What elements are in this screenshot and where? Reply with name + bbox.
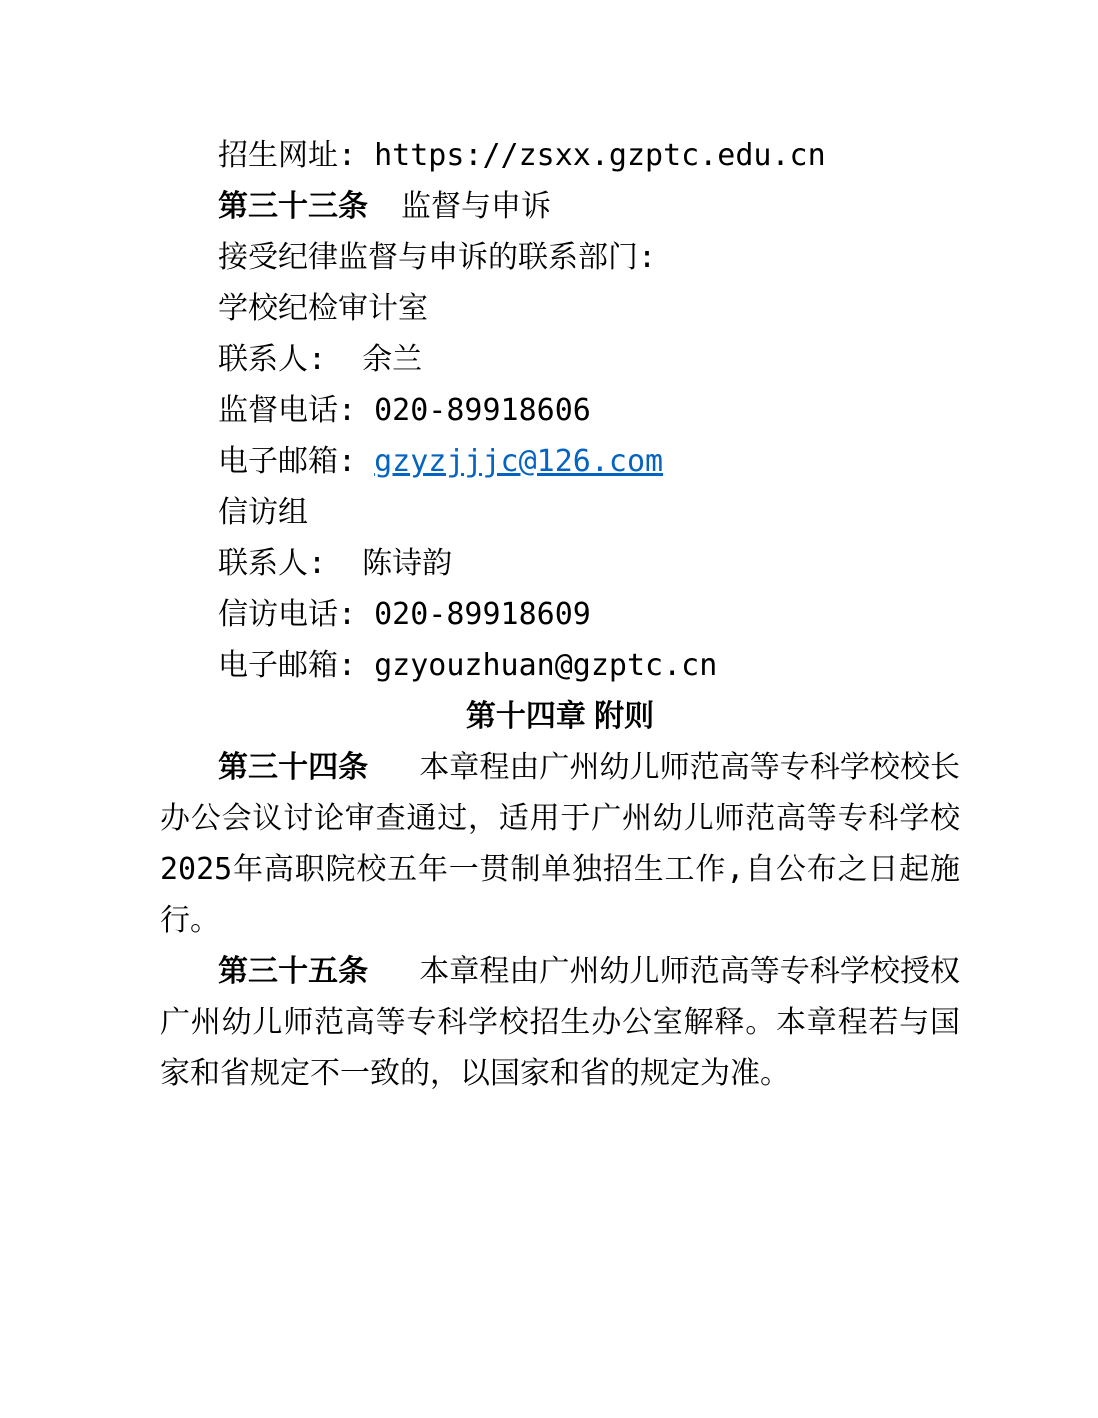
- article-35-paragraph: 第三十五条本章程由广州幼儿师范高等专科学校授权广州幼儿师范高等专科学校招生办公室…: [160, 946, 960, 1099]
- document-page: 招生网址: https://zsxx.gzptc.edu.cn 第三十三条监督与…: [0, 0, 1098, 1418]
- petition-group-name: 信访组: [160, 487, 960, 538]
- petition-group-contact-line: 联系人: 陈诗韵: [160, 538, 960, 589]
- discipline-office-email-line: 电子邮箱: gzyzjjjc@126.com: [160, 436, 960, 487]
- document-content: 招生网址: https://zsxx.gzptc.edu.cn 第三十三条监督与…: [160, 130, 960, 1099]
- chapter-14-heading: 第十四章 附则: [160, 691, 960, 742]
- discipline-office-contact-line: 联系人: 余兰: [160, 334, 960, 385]
- article-35-number: 第三十五条: [218, 954, 368, 989]
- article-34-number: 第三十四条: [218, 750, 368, 785]
- discipline-office-email-link[interactable]: gzyzjjjc@126.com: [374, 444, 663, 479]
- article-33-number: 第三十三条: [218, 189, 368, 224]
- discipline-office-phone-line: 监督电话: 020-89918606: [160, 385, 960, 436]
- petition-group-phone-line: 信访电话: 020-89918609: [160, 589, 960, 640]
- article-33-title: 监督与申诉: [401, 189, 551, 224]
- petition-group-email-line: 电子邮箱: gzyouzhuan@gzptc.cn: [160, 640, 960, 691]
- admissions-website-line: 招生网址: https://zsxx.gzptc.edu.cn: [160, 130, 960, 181]
- article-33-heading: 第三十三条监督与申诉: [160, 181, 960, 232]
- article-34-paragraph: 第三十四条本章程由广州幼儿师范高等专科学校校长办公会议讨论审查通过，适用于广州幼…: [160, 742, 960, 946]
- discipline-office-email-label: 电子邮箱:: [218, 444, 374, 479]
- supervision-intro-line: 接受纪律监督与申诉的联系部门:: [160, 232, 960, 283]
- discipline-office-name: 学校纪检审计室: [160, 283, 960, 334]
